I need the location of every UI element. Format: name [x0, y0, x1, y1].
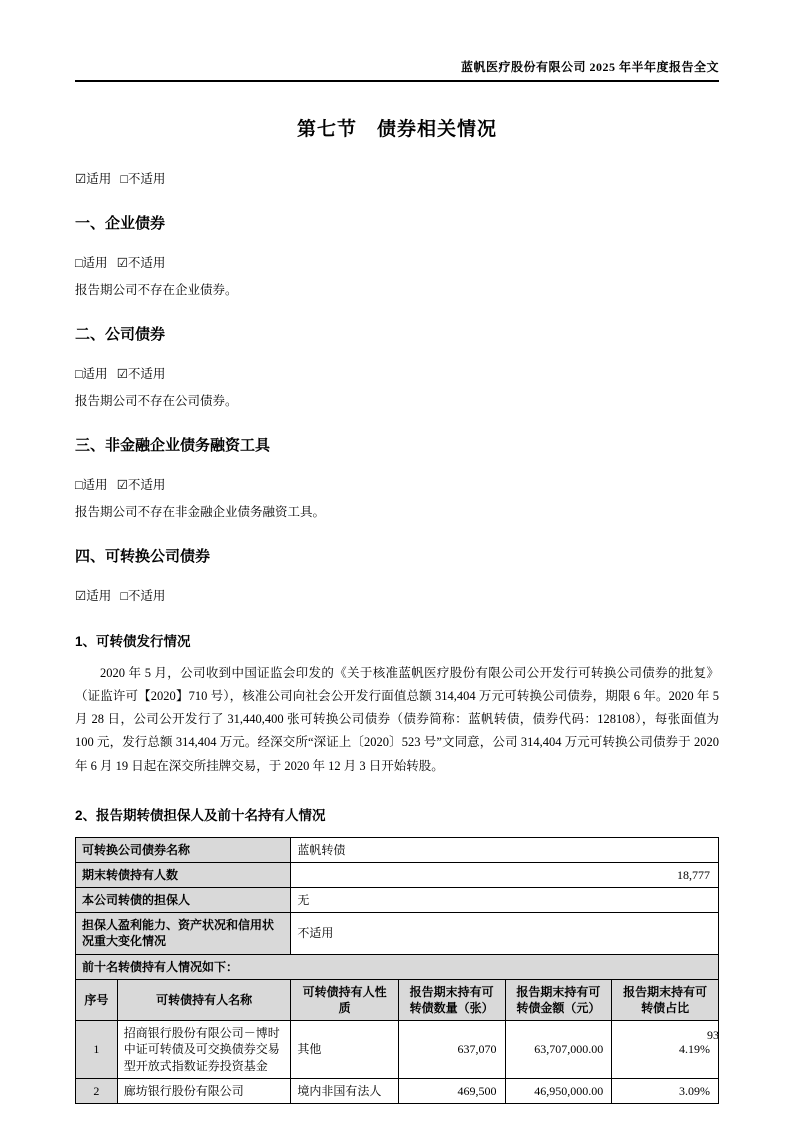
holders-caption: 前十名转债持有人情况如下：: [76, 954, 719, 979]
holder-amount: 46,950,000.00: [505, 1078, 612, 1103]
table-row: 本公司转债的担保人 无: [76, 888, 719, 913]
applicable-checkbox: □适用: [75, 256, 108, 270]
holder-no: 1: [76, 1021, 118, 1079]
not-applicable-checkbox: □不适用: [120, 589, 165, 603]
table-row: 期末转债持有人数 18,777: [76, 862, 719, 887]
holder-row: 1 招商银行股份有限公司－博时中证可转债及可交换债券交易型开放式指数证券投资基金…: [76, 1021, 719, 1079]
table-row: 担保人盈利能力、资产状况和信用状况重大变化情况 不适用: [76, 913, 719, 954]
subsection-heading-guarantor-holders: 2、报告期转债担保人及前十名持有人情况: [75, 804, 719, 824]
page-title: 第七节 债券相关情况: [75, 114, 719, 141]
holder-count-label: 期末转债持有人数: [76, 862, 291, 887]
holder-row: 2 廊坊银行股份有限公司 境内非国有法人 469,500 46,950,000.…: [76, 1078, 719, 1103]
table-row: 前十名转债持有人情况如下：: [76, 954, 719, 979]
guarantor-label: 本公司转债的担保人: [76, 888, 291, 913]
applicability-line-corporate: □适用 ☑不适用: [75, 364, 719, 382]
header-no: 序号: [76, 979, 118, 1020]
section-note: 报告期公司不存在企业债券。: [75, 280, 719, 298]
holder-ratio: 4.19%: [612, 1021, 719, 1079]
holder-name: 廊坊银行股份有限公司: [117, 1078, 291, 1103]
section-note: 报告期公司不存在非金融企业债务融资工具。: [75, 502, 719, 520]
header-amount: 报告期末持有可转债金额（元）: [505, 979, 612, 1020]
applicable-checkbox: ☑适用: [75, 172, 111, 186]
holder-no: 2: [76, 1078, 118, 1103]
holder-name: 招商银行股份有限公司－博时中证可转债及可交换债券交易型开放式指数证券投资基金: [117, 1021, 291, 1079]
holder-amount: 63,707,000.00: [505, 1021, 612, 1079]
report-page: 蓝帆医疗股份有限公司 2025 年半年度报告全文 第七节 债券相关情况 ☑适用 …: [0, 0, 794, 1123]
header-quantity: 报告期末持有可转债数量（张）: [398, 979, 505, 1020]
holder-nature: 其他: [291, 1021, 398, 1079]
holder-ratio: 3.09%: [612, 1078, 719, 1103]
holder-quantity: 469,500: [398, 1078, 505, 1103]
applicable-checkbox: □适用: [75, 478, 108, 492]
guarantor-value: 无: [291, 888, 719, 913]
subsection-heading-issuance: 1、可转债发行情况: [75, 630, 719, 650]
not-applicable-checkbox: ☑不适用: [117, 256, 166, 270]
guarantor-change-value: 不适用: [291, 913, 719, 954]
document-header: 蓝帆医疗股份有限公司 2025 年半年度报告全文: [75, 58, 719, 82]
section-note: 报告期公司不存在公司债券。: [75, 391, 719, 409]
applicability-line-top: ☑适用 □不适用: [75, 169, 719, 187]
header-ratio: 报告期末持有可转债占比: [612, 979, 719, 1020]
table-row: 可转换公司债券名称 蓝帆转债: [76, 837, 719, 862]
section-heading-convertible-bonds: 四、可转换公司债券: [75, 545, 719, 566]
applicable-checkbox: ☑适用: [75, 589, 111, 603]
applicability-line-convertible: ☑适用 □不适用: [75, 586, 719, 604]
applicability-line-enterprise: □适用 ☑不适用: [75, 253, 719, 271]
section-heading-enterprise-bonds: 一、企业债券: [75, 212, 719, 233]
holder-count-value: 18,777: [291, 862, 719, 887]
not-applicable-checkbox: ☑不适用: [117, 478, 166, 492]
not-applicable-checkbox: ☑不适用: [117, 367, 166, 381]
holders-header-row: 序号 可转债持有人名称 可转债持有人性质 报告期末持有可转债数量（张） 报告期末…: [76, 979, 719, 1020]
bond-name-value: 蓝帆转债: [291, 837, 719, 862]
page-number: 93: [707, 1028, 719, 1043]
not-applicable-checkbox: □不适用: [120, 172, 165, 186]
section-heading-corporate-bonds: 二、公司债券: [75, 323, 719, 344]
guarantor-change-label: 担保人盈利能力、资产状况和信用状况重大变化情况: [76, 913, 291, 954]
section-heading-debt-financing-instruments: 三、非金融企业债务融资工具: [75, 434, 719, 455]
holder-quantity: 637,070: [398, 1021, 505, 1079]
applicable-checkbox: □适用: [75, 367, 108, 381]
holder-nature: 境内非国有法人: [291, 1078, 398, 1103]
bond-name-label: 可转换公司债券名称: [76, 837, 291, 862]
header-holder-nature: 可转债持有人性质: [291, 979, 398, 1020]
issuance-paragraph: 2020 年 5 月，公司收到中国证监会印发的《关于核准蓝帆医疗股份有限公司公开…: [75, 662, 719, 778]
applicability-line-debt-financing: □适用 ☑不适用: [75, 475, 719, 493]
convertible-bond-table: 可转换公司债券名称 蓝帆转债 期末转债持有人数 18,777 本公司转债的担保人…: [75, 837, 719, 1104]
header-holder-name: 可转债持有人名称: [117, 979, 291, 1020]
